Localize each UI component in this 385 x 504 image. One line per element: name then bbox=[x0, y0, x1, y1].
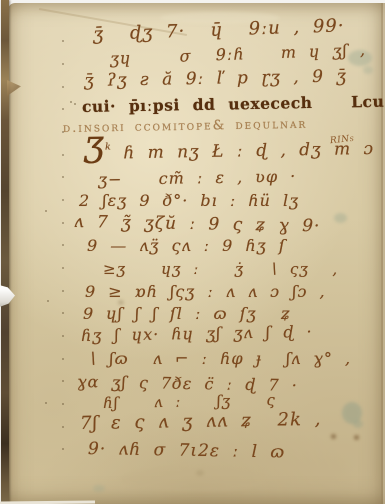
script-line: ∖ ʃɷ ʌ ⌐ ː ɦφ ɟ ʃʌ ɣ° , bbox=[86, 351, 351, 367]
prick-mark bbox=[62, 335, 64, 337]
script-line: ɦʃ ʌ ː ʃʒ ς bbox=[103, 393, 276, 411]
stain-speck bbox=[93, 485, 105, 492]
script-line: 9 — ʌʒ̈ ςʌ ː 9 ɦʒ ſ bbox=[87, 238, 286, 254]
decorated-initial: Ʒ bbox=[84, 131, 106, 172]
prick-mark bbox=[62, 403, 64, 405]
incipit-line: cui· p̄ıːpsi dd uexecech Lcu bbox=[82, 94, 385, 115]
script-line: 2 ʃεʒ 9 ð°· bı ː ɦü lʒ bbox=[79, 193, 299, 209]
prick-mark bbox=[62, 244, 64, 246]
prick-mark bbox=[62, 222, 64, 224]
prick-mark bbox=[62, 448, 64, 450]
script-line: 9 ɥʃ ʃ ʃ ſl ː ɷ ſʒ ʑ bbox=[83, 306, 291, 322]
script-line: ʒ− cm̃ ː ε , ʋφ · bbox=[98, 169, 297, 188]
manuscript-photo: ʒ̄ ɖʒ 7· ɥ̄ 9ːu , 99·ʒɥ σ 9ːɦ m ɥ ʒʃ ,ʒ̄… bbox=[0, 0, 385, 504]
prick-mark bbox=[62, 154, 64, 156]
prick-mark bbox=[62, 312, 64, 314]
script-line: ≥ʒ ɥʒ ː ʒ̇ ∖ ςʒ , bbox=[103, 262, 338, 277]
prick-mark bbox=[45, 210, 47, 212]
script-line: ʒ̄ ʔʒ ƨ ă 9ː ľ p ɽʒ , 9 ʒ̄ bbox=[84, 68, 347, 90]
prick-mark bbox=[62, 290, 64, 292]
stain-speck bbox=[363, 66, 373, 74]
prick-mark bbox=[70, 101, 72, 103]
prick-mark bbox=[62, 40, 64, 42]
prick-mark bbox=[62, 108, 64, 110]
script-line: 7ʃ ε ς ʌ ʒ ʌʌ ʑ 2k , bbox=[80, 411, 322, 433]
prick-mark bbox=[62, 63, 64, 65]
book-spine-edge bbox=[1, 0, 9, 504]
prick-mark bbox=[62, 267, 64, 269]
prick-mark bbox=[62, 176, 64, 178]
prick-mark bbox=[47, 300, 49, 302]
prick-mark bbox=[74, 103, 76, 105]
stain-speck bbox=[331, 434, 336, 439]
stain-speck bbox=[120, 466, 270, 492]
prick-mark bbox=[62, 426, 64, 428]
script-line: ʌ 7 ʒ̃ ʒζŭ ː 9 ς ʑ ɣ 9· bbox=[74, 214, 321, 235]
prick-mark bbox=[62, 199, 64, 201]
script-line: 9 ≥ ɒɦ ʃςʒ ː ʌ ʌ ɔ ʃɔ , bbox=[85, 284, 326, 300]
prick-mark bbox=[45, 402, 47, 404]
stain-speck bbox=[353, 420, 363, 428]
prick-mark bbox=[62, 358, 64, 360]
under-page-edge bbox=[0, 501, 95, 504]
script-line: 9· ʌɦ σ 7ι2ε ː l ɷ bbox=[88, 441, 286, 461]
script-line: ɦʒ ʃ ɥx· ɦɥ ʒʃ ʒʌ ʃ ɖ · bbox=[81, 324, 313, 344]
stain-speck bbox=[354, 435, 359, 440]
prick-mark bbox=[62, 86, 64, 88]
stain-speck bbox=[334, 213, 347, 223]
prick-mark bbox=[62, 380, 64, 382]
